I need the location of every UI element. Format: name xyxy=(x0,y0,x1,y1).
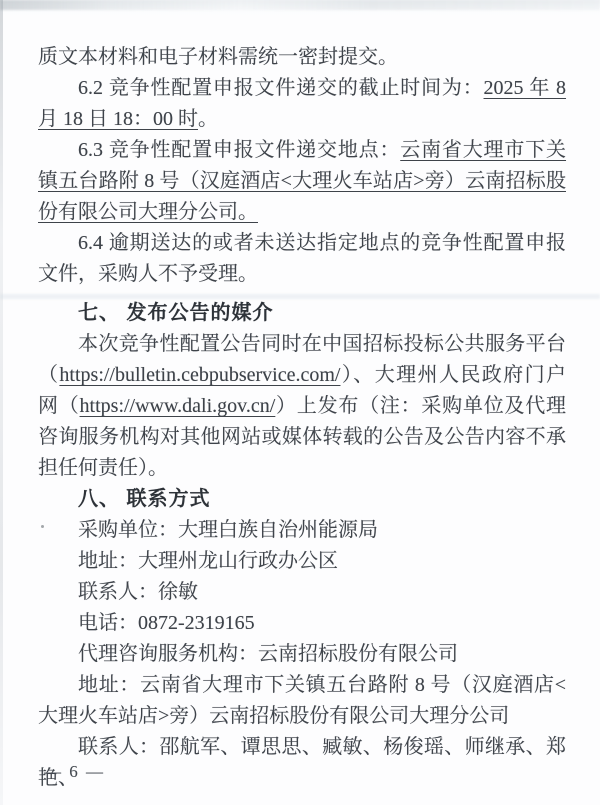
scanned-document-page: 质文本材料和电子材料需统一密封提交。 6.2 竞争性配置申报文件递交的截止时间为… xyxy=(0,0,600,805)
paragraph-publication-media: 本次竞争性配置公告同时在中国招标投标公共服务平台（https://bulleti… xyxy=(38,329,566,484)
cebpubservice-url: https://bulletin.cebpubservice.com/ xyxy=(59,364,340,386)
p62-tail-text: 。 xyxy=(198,108,218,130)
p62-lead-text: 6.2 竞争性配置申报文件递交的截止时间为： xyxy=(78,77,484,99)
section-7-heading-publication-media: 七、 发布公告的媒介 xyxy=(38,298,566,329)
p63-lead-text: 6.3 竞争性配置申报文件递交地点： xyxy=(78,139,400,161)
paragraph-sealed-submission-continuation: 质文本材料和电子材料需统一密封提交。 xyxy=(38,42,566,73)
paragraph-6-2-deadline: 6.2 竞争性配置申报文件递交的截止时间为：2025 年 8 月 18 日 18… xyxy=(38,73,566,135)
dali-gov-url: https://www.dali.gov.cn/ xyxy=(80,395,276,417)
purchaser-phone-line: 电话：0872-2319165 xyxy=(38,608,566,639)
section-8-heading-contact-info: 八、 联系方式 xyxy=(38,484,566,515)
scan-artifact-top-edge xyxy=(0,0,600,10)
paragraph-6-4-overdue-rejection: 6.4 逾期送达的或者未送达指定地点的竞争性配置申报文件，采购人不予受理。 xyxy=(38,228,566,290)
agency-address-line: 地址：云南省大理市下关镇五台路附 8 号（汉庭酒店<大理火车站店>旁）云南招标股… xyxy=(38,670,566,732)
agency-name-line: 代理咨询服务机构：云南招标股份有限公司 xyxy=(38,639,566,670)
purchaser-address-line: 地址：大理州龙山行政办公区 xyxy=(38,546,566,577)
page-number: — 6 — xyxy=(44,762,105,782)
agency-contacts-line: 联系人：邵航军、谭思思、臧敏、杨俊瑶、师继承、郑艳、 xyxy=(38,732,566,794)
purchaser-contact-line: 联系人：徐敏 xyxy=(38,577,566,608)
purchaser-unit-line: 采购单位：大理白族自治州能源局 xyxy=(38,515,566,546)
scan-artifact-left-edge xyxy=(0,0,3,805)
paragraph-6-3-delivery-location: 6.3 竞争性配置申报文件递交地点：云南省大理市下关镇五台路附 8 号（汉庭酒店… xyxy=(38,135,566,228)
document-body: 质文本材料和电子材料需统一密封提交。 6.2 竞争性配置申报文件递交的截止时间为… xyxy=(38,42,566,794)
